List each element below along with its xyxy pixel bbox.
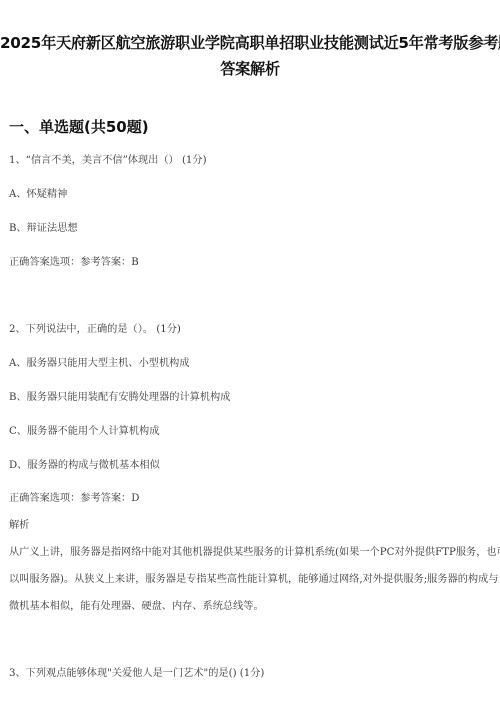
option-b: B、辩证法思想 <box>9 219 78 234</box>
option-a: A、服务器只能用大型主机、小型机构成 <box>9 354 190 369</box>
option-a: A、怀疑精神 <box>9 185 67 200</box>
analysis-text-line-3: 微机基本相似，能有处理器、硬盘、内存、系统总线等。 <box>9 597 499 612</box>
answer-line: 正确答案选项：参考答案：B <box>9 253 139 268</box>
analysis-label: 解析 <box>9 516 29 531</box>
option-c: C、服务器不能用个人计算机构成 <box>9 422 159 437</box>
analysis-text-line-1: 从广义上讲，服务器是指网络中能对其他机器提供某些服务的计算机系统(如果一个PC对… <box>9 543 499 558</box>
question-stem: 3、下列观点能够体现"关爱他人是一门艺术"的是() (1分) <box>9 664 264 679</box>
answer-line: 正确答案选项：参考答案：D <box>9 489 139 504</box>
document-title-line-1: 2025年天府新区航空旅游职业学院高职单招职业技能测试近5年常考版参考题库含 <box>0 32 500 53</box>
question-stem: 2、下列说法中，正确的是（）。 (1分) <box>9 320 181 335</box>
section-heading: 一、单选题(共50题) <box>9 116 149 137</box>
option-d: D、服务器的构成与微机基本相似 <box>9 456 160 471</box>
option-b: B、服务器只能用装配有安腾处理器的计算机构成 <box>9 388 230 403</box>
question-stem: 1、“信言不美，美言不信”体现出（） (1分) <box>9 151 207 166</box>
document-title-line-2: 答案解析 <box>0 58 500 79</box>
analysis-text-line-2: 以叫服务器)。从狭义上来讲，服务器是专指某些高性能计算机，能够通过网络,对外提供… <box>9 570 499 585</box>
